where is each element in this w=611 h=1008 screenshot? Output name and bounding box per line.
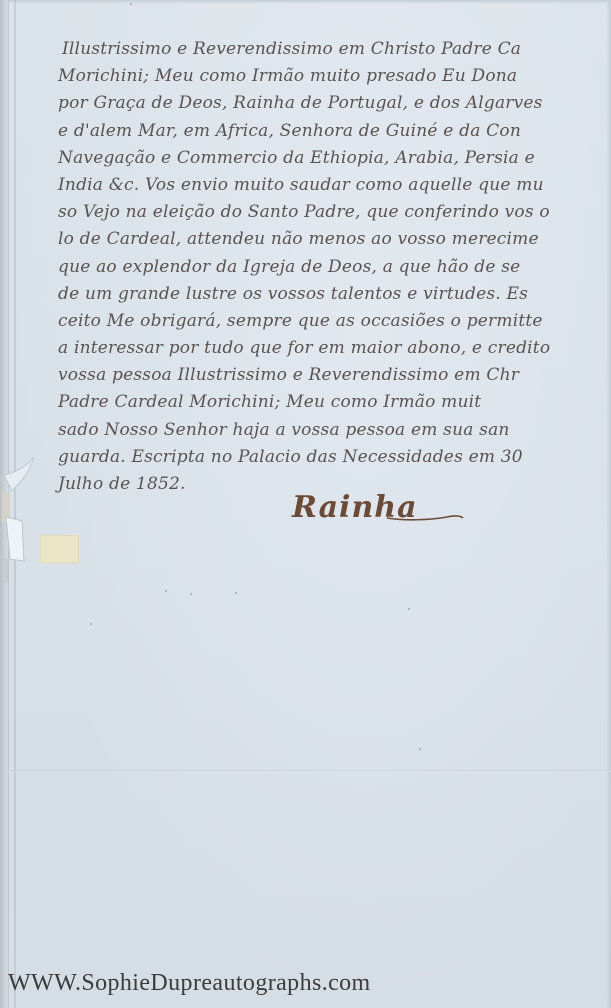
letter-line: de um grande lustre os vossos talentos e… bbox=[58, 281, 611, 308]
letter-line: ceito Me obrigará, sempre que as occasiõ… bbox=[58, 308, 611, 335]
letter-line: que ao explendor da Igreja de Deos, a qu… bbox=[58, 254, 611, 281]
letter-line: por Graça de Deos, Rainha de Portugal, e… bbox=[58, 90, 611, 117]
letter-page: Illustrissimo e Reverendissimo em Christ… bbox=[0, 0, 611, 1008]
letter-body: Illustrissimo e Reverendissimo em Christ… bbox=[58, 36, 611, 498]
signature-flourish-icon bbox=[385, 512, 465, 522]
letter-line: lo de Cardeal, attendeu não menos ao vos… bbox=[58, 226, 611, 253]
letter-line: Padre Cardeal Morichini; Meu como Irmão … bbox=[58, 389, 611, 416]
page-top-edge bbox=[0, 0, 611, 4]
letter-line: Navegação e Commercio da Ethiopia, Arabi… bbox=[58, 145, 611, 172]
letter-line: Morichini; Meu como Irmão muito presado … bbox=[58, 63, 611, 90]
ribbon-remnant-icon bbox=[0, 455, 40, 585]
letter-line: e d'alem Mar, em Africa, Senhora de Guin… bbox=[58, 118, 611, 145]
letter-line: India &c. Vos envio muito saudar como aq… bbox=[58, 172, 611, 199]
letter-line: vossa pessoa Illustrissimo e Reverendiss… bbox=[58, 362, 611, 389]
watermark-url: WWW.SophieDupreautographs.com bbox=[8, 970, 371, 997]
adhesive-tape-patch bbox=[40, 535, 79, 563]
horizontal-fold-line bbox=[8, 770, 611, 772]
letter-line: guarda. Escripta no Palacio das Necessid… bbox=[58, 444, 611, 471]
letter-line: a interessar por tudo que for em maior a… bbox=[58, 335, 611, 362]
letter-line: so Vejo na eleição do Santo Padre, que c… bbox=[58, 199, 611, 226]
letter-line: Illustrissimo e Reverendissimo em Christ… bbox=[58, 36, 611, 63]
letter-line: sado Nosso Senhor haja a vossa pessoa em… bbox=[58, 417, 611, 444]
